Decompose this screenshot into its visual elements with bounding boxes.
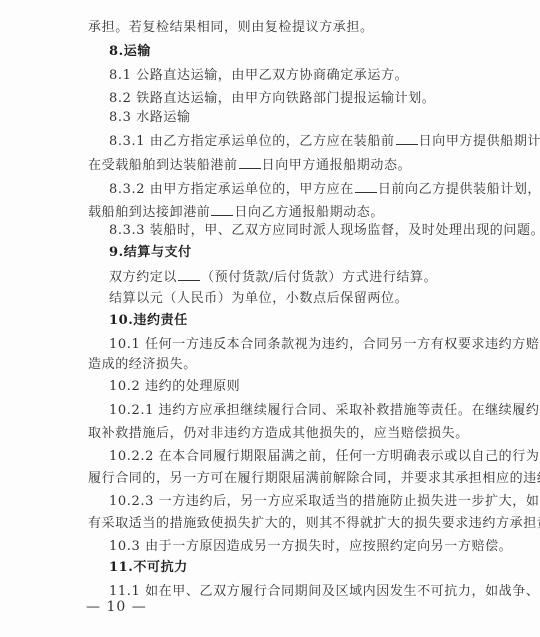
text: 10.2 违约的处理原则 (109, 379, 240, 394)
clause-10-2-2-line1: 10.2.2 在本合同履行期限届满之前，任何一方明确表示或以自己的行为表明不 (109, 449, 540, 465)
text: （预付货款/后付货款）方式进行结算。 (201, 270, 437, 285)
text: 在受载船舶到达装船港前 (88, 158, 238, 173)
clause-8-3-2-line2: 载船舶到达接卸港前日向乙方通报船期动态。 (88, 204, 384, 221)
clause-10-2-3-line2: 有采取适当的措施致使损失扩大的，则其不得就扩大的损失要求违约方承担责任。 (88, 516, 540, 532)
text: 10.2.3 一方违约后，另一方应采取适当的措施防止损失进一步扩大，如果因没 (109, 494, 540, 509)
text: 履行合同的，另一方可在履行期限届满前解除合同，并要求其承担相应的违约责任。 (88, 471, 540, 486)
fill-in-blank[interactable] (396, 133, 418, 145)
clause-10-1-line1: 10.1 任何一方违反本合同条款视为违约，合同另一方有权要求违约方赔偿违约 (109, 337, 540, 353)
heading-text: 10.违约责任 (109, 313, 188, 328)
page-number: — 10 — (86, 599, 147, 615)
clause-10-2-1-line2: 取补救措施后，仍对非违约方造成其他损失的，应当赔偿损失。 (88, 426, 469, 442)
text: 日向甲方提供船期计划，并 (419, 134, 540, 149)
heading-text: 9.结算与支付 (109, 245, 192, 260)
clause-8-3-1-line1: 8.3.1 由乙方指定承运单位的，乙方应在装船前日向甲方提供船期计划，并 (109, 133, 540, 150)
text: 10.3 由于一方原因造成另一方损失时，应按照约定向另一方赔偿。 (109, 539, 512, 554)
clause-10-2: 10.2 违约的处理原则 (109, 379, 240, 395)
text: 有采取适当的措施致使损失扩大的，则其不得就扩大的损失要求违约方承担责任。 (88, 516, 540, 531)
clause-8-3-1-line2: 在受载船舶到达装船港前日向甲方通报船期动态。 (88, 157, 411, 174)
fill-in-blank[interactable] (355, 181, 377, 193)
heading-text: 11.不可抗力 (109, 560, 188, 575)
text: 8.2 铁路直达运输，由甲方向铁路部门提报运输计划。 (109, 91, 435, 106)
text: 承担。若复检结果相同，则由复检提议方承担。 (88, 20, 374, 35)
section-heading-11-force-majeure: 11.不可抗力 (109, 560, 188, 576)
text: 8.3.3 装船时，甲、乙双方应同时派人现场监督，及时处理出现的问题。 (109, 223, 540, 238)
text: 8.3.2 由甲方指定承运单位的，甲方应在 (109, 182, 354, 197)
fill-in-blank[interactable] (211, 204, 233, 216)
text: 日向乙方通报船期动态。 (234, 205, 384, 220)
section-heading-10-liability: 10.违约责任 (109, 313, 188, 329)
section-heading-8-transport: 8.运输 (109, 44, 151, 60)
section-heading-9-settlement: 9.结算与支付 (109, 245, 192, 261)
clause-8-2: 8.2 铁路直达运输，由甲方向铁路部门提报运输计划。 (109, 91, 435, 107)
text: 10.2.1 违约方应承担继续履行合同、采取补救措施等责任。在继续履约或者采 (109, 403, 540, 418)
text: 10.1 任何一方违反本合同条款视为违约，合同另一方有权要求违约方赔偿违约 (109, 337, 540, 352)
text: 8.3.1 由乙方指定承运单位的，乙方应在装船前 (109, 134, 395, 149)
clause-10-2-3-line1: 10.2.3 一方违约后，另一方应采取适当的措施防止损失进一步扩大，如果因没 (109, 494, 540, 510)
text: 取补救措施后，仍对非违约方造成其他损失的，应当赔偿损失。 (88, 426, 469, 441)
text: 8.3 水路运输 (109, 110, 191, 125)
text: 双方约定以 (109, 270, 177, 285)
clause-10-1-line2: 造成的经济损失。 (88, 357, 197, 373)
document-page: 承担。若复检结果相同，则由复检提议方承担。 8.运输 8.1 公路直达运输，由甲… (0, 0, 540, 637)
text: 日向甲方通报船期动态。 (262, 158, 412, 173)
settlement-method: 双方约定以（预付货款/后付货款）方式进行结算。 (109, 269, 437, 286)
clause-10-2-2-line2: 履行合同的，另一方可在履行期限届满前解除合同，并要求其承担相应的违约责任。 (88, 471, 540, 487)
clause-10-2-1-line1: 10.2.1 违约方应承担继续履行合同、采取补救措施等责任。在继续履约或者采 (109, 403, 540, 419)
clause-8-3-3: 8.3.3 装船时，甲、乙双方应同时派人现场监督，及时处理出现的问题。 (109, 223, 540, 239)
clause-8-3-2-line1: 8.3.2 由甲方指定承运单位的，甲方应在日前向乙方提供装船计划，并在受 (109, 181, 540, 198)
text: 11.1 如在甲、乙双方履行合同期间及区域内因发生不可抗力，如战争、自然灾 (109, 584, 540, 599)
clause-8-1: 8.1 公路直达运输，由甲乙双方协商确定承运方。 (109, 68, 408, 84)
text: 载船舶到达接卸港前 (88, 205, 210, 220)
clause-8-3: 8.3 水路运输 (109, 110, 191, 126)
text: 日前向乙方提供装船计划，并在受 (378, 182, 540, 197)
paragraph-continuation: 承担。若复检结果相同，则由复检提议方承担。 (88, 20, 374, 36)
text: 8.1 公路直达运输，由甲乙双方协商确定承运方。 (109, 68, 408, 83)
fill-in-blank[interactable] (239, 157, 261, 169)
text: 结算以元（人民币）为单位，小数点后保留两位。 (109, 291, 408, 306)
text: 10.2.2 在本合同履行期限届满之前，任何一方明确表示或以自己的行为表明不 (109, 449, 540, 464)
clause-11-1-line1: 11.1 如在甲、乙双方履行合同期间及区域内因发生不可抗力，如战争、自然灾 (109, 584, 540, 600)
clause-10-3: 10.3 由于一方原因造成另一方损失时，应按照约定向另一方赔偿。 (109, 539, 512, 555)
text: 造成的经济损失。 (88, 357, 197, 372)
fill-in-blank[interactable] (178, 269, 200, 281)
settlement-unit: 结算以元（人民币）为单位，小数点后保留两位。 (109, 291, 408, 307)
heading-text: 8.运输 (109, 44, 151, 59)
